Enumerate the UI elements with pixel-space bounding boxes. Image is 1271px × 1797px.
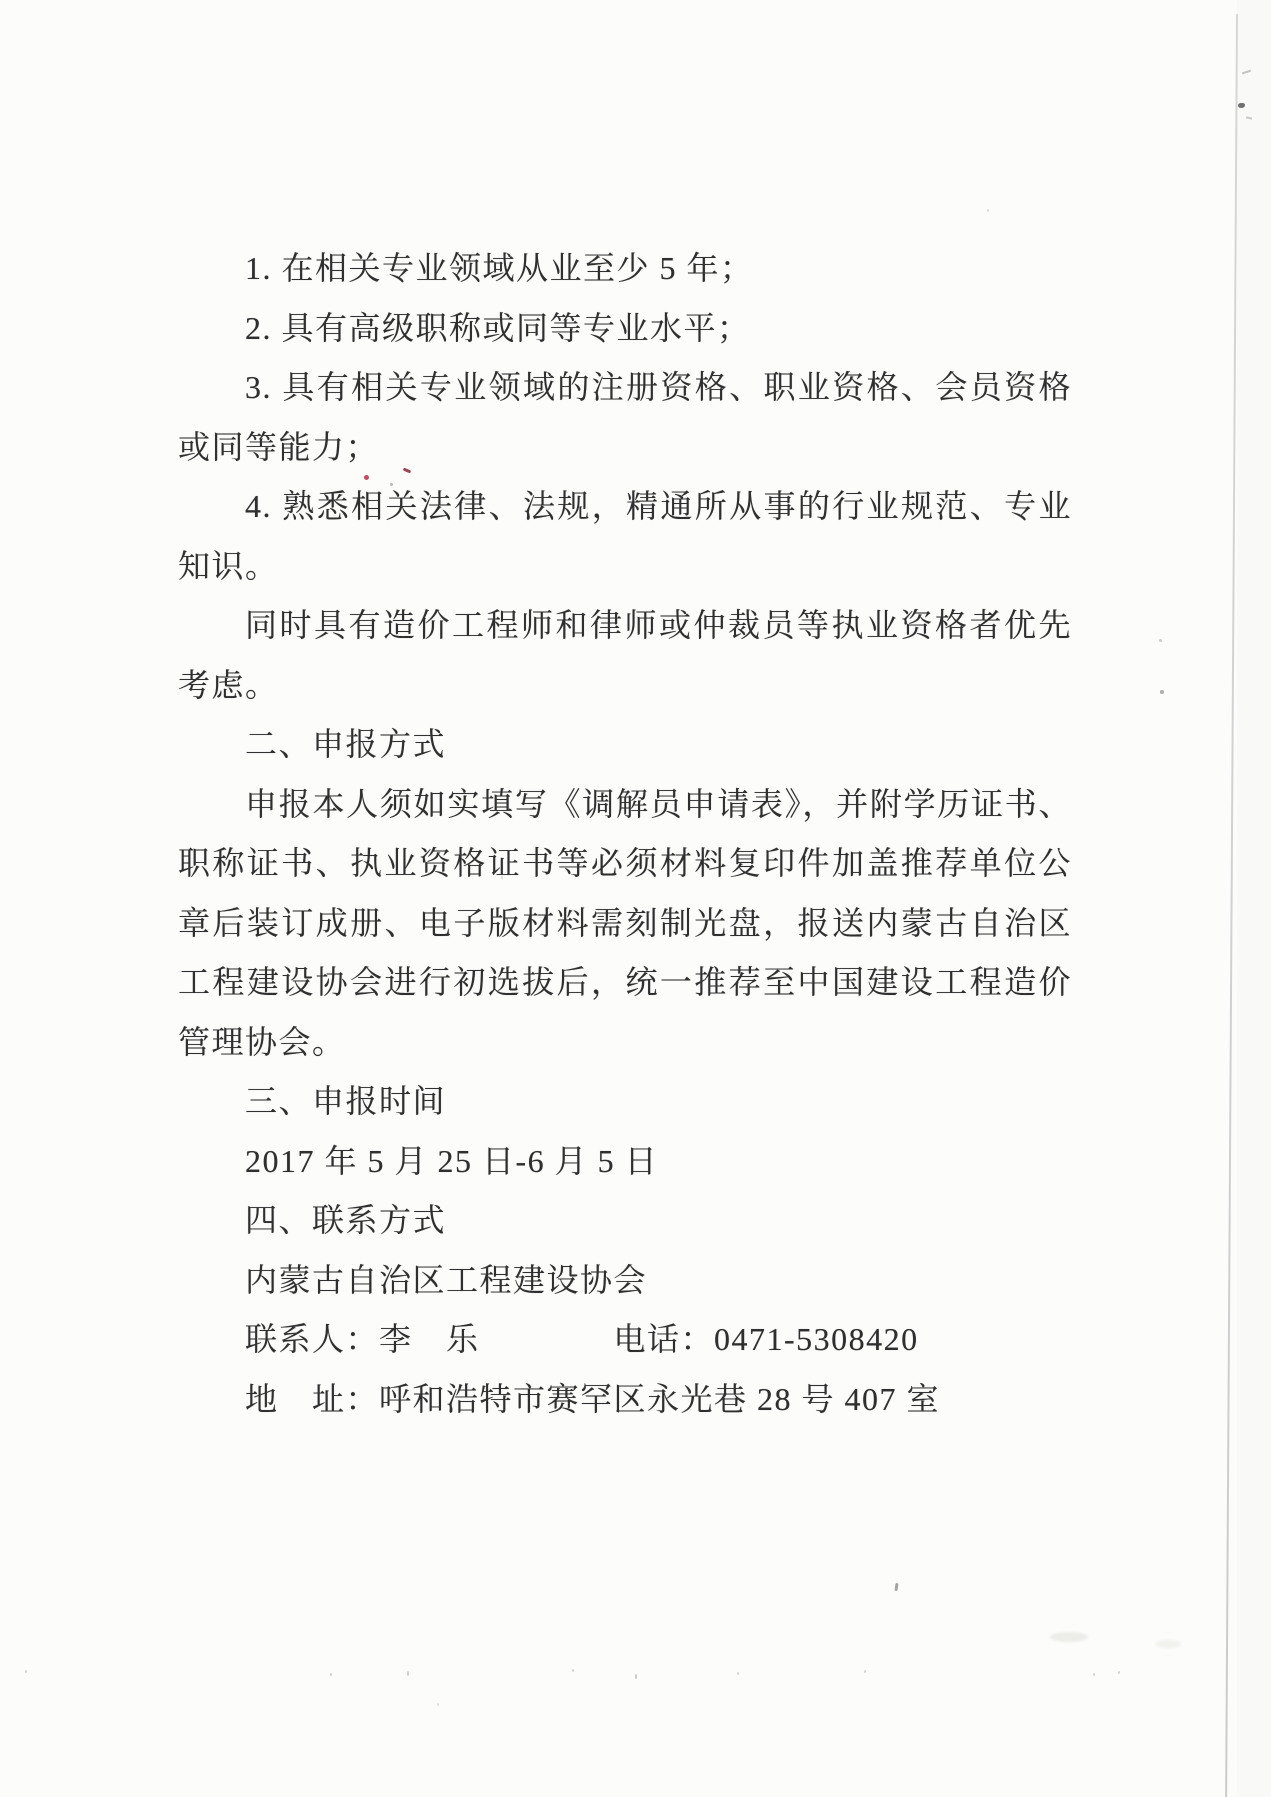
- scan-artifact-speck: [25, 1670, 27, 1673]
- list-item-3-cont: 或同等能力；: [178, 418, 1072, 478]
- scan-artifact-speck: [987, 209, 989, 212]
- scan-artifact-speck: [737, 1672, 739, 1675]
- application-para-3: 章后装订成册、电子版材料需刻制光盘，报送内蒙古自治区: [178, 894, 1072, 954]
- application-dates: 2017 年 5 月 25 日-6 月 5 日: [178, 1132, 1072, 1192]
- scan-artifact-speck: [437, 1703, 439, 1706]
- scan-page-edge-line: [1225, 14, 1237, 1797]
- scan-artifact-speck: [1159, 639, 1162, 642]
- application-para-5: 管理协会。: [178, 1013, 1072, 1073]
- organization-name: 内蒙古自治区工程建设协会: [178, 1251, 1072, 1311]
- application-para-1: 申报本人须如实填写《调解员申请表》，并附学历证书、: [178, 775, 1072, 835]
- scan-artifact-speck: [390, 483, 393, 486]
- list-item-1: 1. 在相关专业领域从业至少 5 年；: [178, 239, 1072, 299]
- scan-artifact-speck: [1118, 1671, 1120, 1674]
- section-heading-4: 四、联系方式: [178, 1191, 1072, 1251]
- application-para-2: 职称证书、执业资格证书等必须材料复印件加盖推荐单位公: [178, 834, 1072, 894]
- scan-artifact-speck: [864, 1670, 866, 1673]
- scanned-document-page: 1. 在相关专业领域从业至少 5 年； 2. 具有高级职称或同等专业水平； 3.…: [0, 0, 1271, 1797]
- scan-artifact-speck: [1093, 1673, 1095, 1676]
- list-item-3: 3. 具有相关专业领域的注册资格、职业资格、会员资格: [178, 358, 1072, 418]
- scan-artifact-speck: [330, 1673, 332, 1676]
- scan-artifact-speck: [572, 1669, 574, 1672]
- list-item-2: 2. 具有高级职称或同等专业水平；: [178, 299, 1072, 359]
- scan-artifact-smudge: [1155, 1640, 1181, 1648]
- scan-margin-strip: [1237, 0, 1271, 1797]
- document-body: 1. 在相关专业领域从业至少 5 年； 2. 具有高级职称或同等专业水平； 3.…: [178, 239, 1072, 1429]
- priority-note-cont: 考虑。: [178, 656, 1072, 716]
- priority-note: 同时具有造价工程师和律师或仲裁员等执业资格者优先: [178, 596, 1072, 656]
- scan-artifact-smudge: [1050, 1632, 1088, 1642]
- contact-address: 地 址：呼和浩特市赛罕区永光巷 28 号 407 室: [178, 1370, 1072, 1430]
- scan-artifact-red-dot: [364, 475, 369, 480]
- section-heading-3: 三、申报时间: [178, 1072, 1072, 1132]
- application-para-4: 工程建设协会进行初选拔后，统一推荐至中国建设工程造价: [178, 953, 1072, 1013]
- scan-artifact-speck: [407, 1671, 409, 1676]
- list-item-4: 4. 熟悉相关法律、法规，精通所从事的行业规范、专业: [178, 477, 1072, 537]
- scan-artifact-speck: [635, 1674, 637, 1679]
- section-heading-2: 二、申报方式: [178, 715, 1072, 775]
- list-item-4-cont: 知识。: [178, 537, 1072, 597]
- scan-artifact-speck: [1160, 690, 1164, 694]
- scan-artifact-mark: [894, 1583, 898, 1591]
- scan-artifact-speck: [501, 876, 503, 879]
- contact-person-phone: 联系人：李 乐 电话：0471-5308420: [178, 1310, 1072, 1370]
